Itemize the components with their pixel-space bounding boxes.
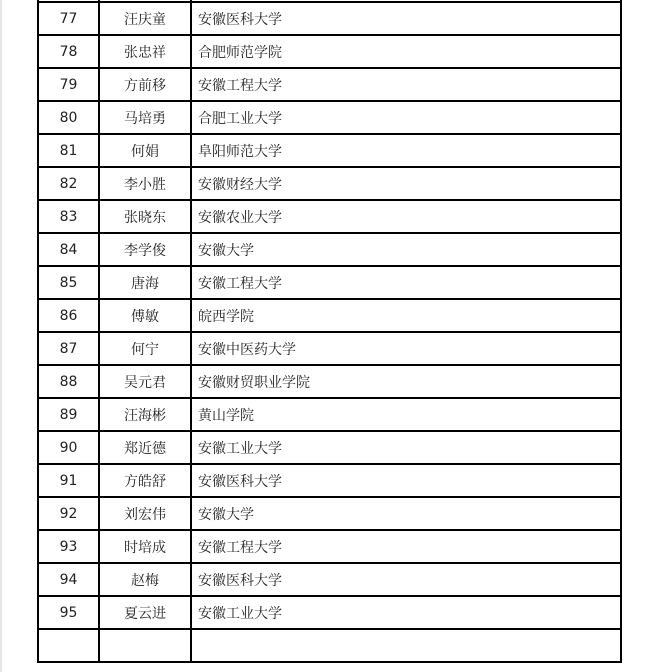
table-row: 94 赵梅 安徽医科大学 bbox=[38, 563, 621, 596]
person-name: 张忠祥 bbox=[99, 35, 191, 68]
table-row: 92 刘宏伟 安徽大学 bbox=[38, 497, 621, 530]
table-row bbox=[38, 629, 621, 662]
person-name: 傅敏 bbox=[99, 299, 191, 332]
person-name: 赵梅 bbox=[99, 563, 191, 596]
row-number: 86 bbox=[38, 299, 99, 332]
table-row: 85 唐海 安徽工程大学 bbox=[38, 266, 621, 299]
row-number bbox=[38, 629, 99, 662]
table-row: 87 何宁 安徽中医药大学 bbox=[38, 332, 621, 365]
row-number: 90 bbox=[38, 431, 99, 464]
person-name: 汪庆童 bbox=[99, 2, 191, 35]
institution: 安徽医科大学 bbox=[191, 2, 621, 35]
table-row: 88 吴元君 安徽财贸职业学院 bbox=[38, 365, 621, 398]
row-number: 94 bbox=[38, 563, 99, 596]
person-name: 唐海 bbox=[99, 266, 191, 299]
person-name: 方皓舒 bbox=[99, 464, 191, 497]
person-name: 汪海彬 bbox=[99, 398, 191, 431]
table-row: 77 汪庆童 安徽医科大学 bbox=[38, 2, 621, 35]
institution: 安徽大学 bbox=[191, 497, 621, 530]
table-row: 82 李小胜 安徽财经大学 bbox=[38, 167, 621, 200]
row-number: 89 bbox=[38, 398, 99, 431]
institution: 安徽农业大学 bbox=[191, 200, 621, 233]
person-name: 何娟 bbox=[99, 134, 191, 167]
row-number: 95 bbox=[38, 596, 99, 629]
person-name: 郑近德 bbox=[99, 431, 191, 464]
institution bbox=[191, 629, 621, 662]
row-number: 92 bbox=[38, 497, 99, 530]
table-row: 89 汪海彬 黄山学院 bbox=[38, 398, 621, 431]
person-name: 刘宏伟 bbox=[99, 497, 191, 530]
table-row: 90 郑近德 安徽工业大学 bbox=[38, 431, 621, 464]
institution: 合肥师范学院 bbox=[191, 35, 621, 68]
row-number: 88 bbox=[38, 365, 99, 398]
row-number: 84 bbox=[38, 233, 99, 266]
person-name: 时培成 bbox=[99, 530, 191, 563]
person-name: 马培勇 bbox=[99, 101, 191, 134]
table-row: 95 夏云进 安徽工业大学 bbox=[38, 596, 621, 629]
institution: 安徽医科大学 bbox=[191, 563, 621, 596]
row-number: 87 bbox=[38, 332, 99, 365]
row-number: 83 bbox=[38, 200, 99, 233]
person-name bbox=[99, 629, 191, 662]
row-number: 80 bbox=[38, 101, 99, 134]
table-row: 79 方前移 安徽工程大学 bbox=[38, 68, 621, 101]
table-row: 81 何娟 阜阳师范大学 bbox=[38, 134, 621, 167]
row-number: 85 bbox=[38, 266, 99, 299]
table-row: 78 张忠祥 合肥师范学院 bbox=[38, 35, 621, 68]
row-number: 79 bbox=[38, 68, 99, 101]
table-row: 86 傅敏 皖西学院 bbox=[38, 299, 621, 332]
row-number: 93 bbox=[38, 530, 99, 563]
row-number: 91 bbox=[38, 464, 99, 497]
institution: 安徽工程大学 bbox=[191, 266, 621, 299]
institution: 安徽财经大学 bbox=[191, 167, 621, 200]
institution: 安徽中医药大学 bbox=[191, 332, 621, 365]
institution: 安徽财贸职业学院 bbox=[191, 365, 621, 398]
table-row: 84 李学俊 安徽大学 bbox=[38, 233, 621, 266]
row-number: 82 bbox=[38, 167, 99, 200]
institution: 合肥工业大学 bbox=[191, 101, 621, 134]
person-name: 李学俊 bbox=[99, 233, 191, 266]
page-edge bbox=[0, 0, 2, 672]
row-number: 77 bbox=[38, 2, 99, 35]
table-row: 93 时培成 安徽工程大学 bbox=[38, 530, 621, 563]
table-row: 91 方皓舒 安徽医科大学 bbox=[38, 464, 621, 497]
institution: 安徽医科大学 bbox=[191, 464, 621, 497]
roster-table: 77 汪庆童 安徽医科大学 78 张忠祥 合肥师范学院 79 方前移 安徽工程大… bbox=[37, 0, 622, 663]
person-name: 夏云进 bbox=[99, 596, 191, 629]
institution: 安徽工业大学 bbox=[191, 596, 621, 629]
institution: 安徽工程大学 bbox=[191, 530, 621, 563]
institution: 阜阳师范大学 bbox=[191, 134, 621, 167]
table-row: 83 张晓东 安徽农业大学 bbox=[38, 200, 621, 233]
institution: 安徽工业大学 bbox=[191, 431, 621, 464]
person-name: 何宁 bbox=[99, 332, 191, 365]
institution: 安徽大学 bbox=[191, 233, 621, 266]
institution: 安徽工程大学 bbox=[191, 68, 621, 101]
person-name: 李小胜 bbox=[99, 167, 191, 200]
person-name: 吴元君 bbox=[99, 365, 191, 398]
person-name: 方前移 bbox=[99, 68, 191, 101]
row-number: 78 bbox=[38, 35, 99, 68]
row-number: 81 bbox=[38, 134, 99, 167]
institution: 皖西学院 bbox=[191, 299, 621, 332]
institution: 黄山学院 bbox=[191, 398, 621, 431]
person-name: 张晓东 bbox=[99, 200, 191, 233]
table-row: 80 马培勇 合肥工业大学 bbox=[38, 101, 621, 134]
